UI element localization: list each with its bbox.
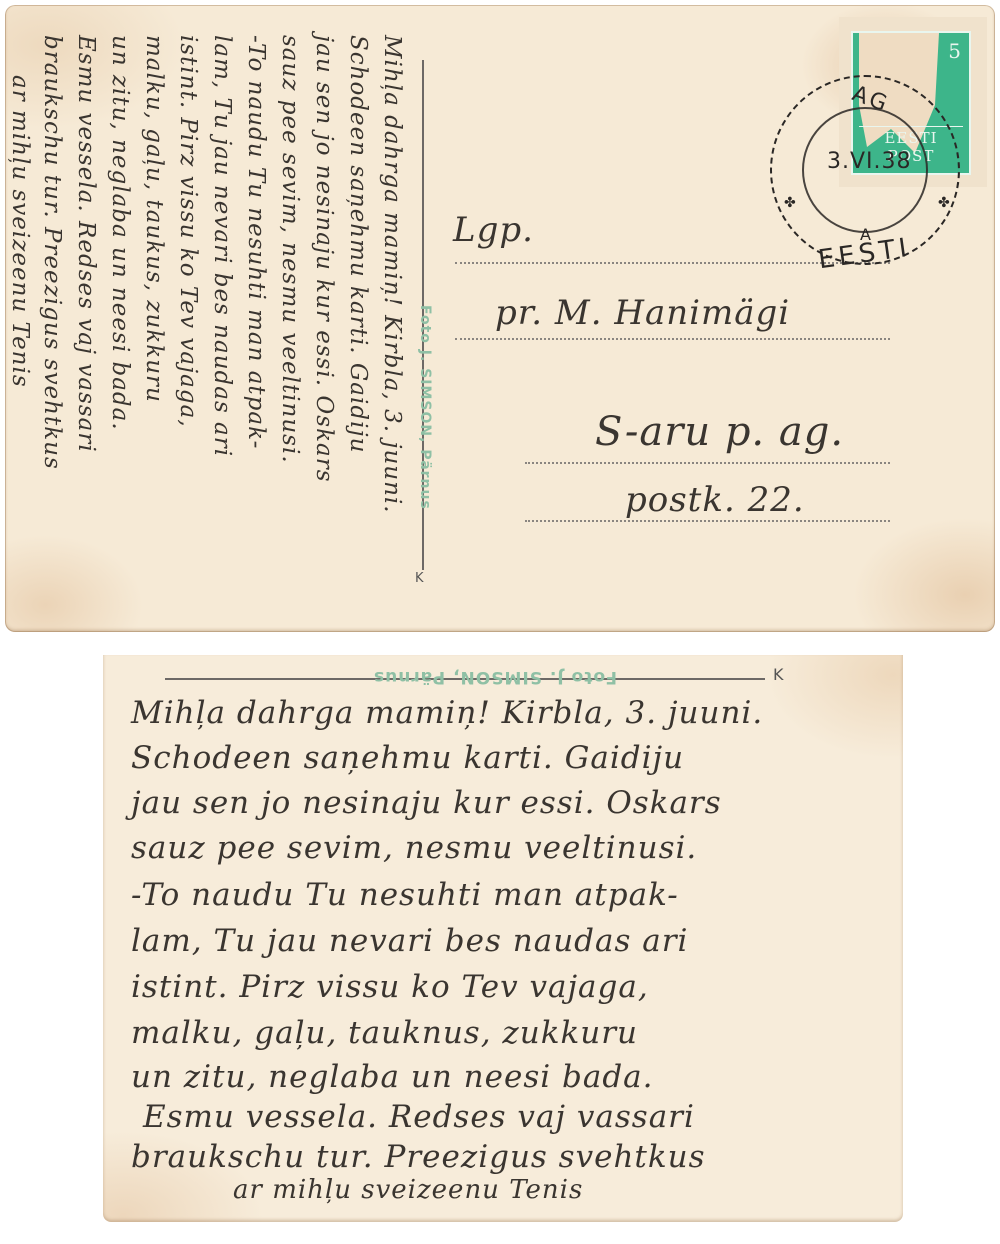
postmark-star-icon: ✤ (938, 195, 950, 211)
message-line: malku, gaļu, tauknus, zukkuru (131, 1015, 638, 1051)
photographer-imprint: Foto J. SIMSON, Pärnus (417, 305, 433, 510)
message-line: braukschu tur. Preezigus svehtkus (39, 35, 65, 470)
message-line: malku, gaļu, taukus, zukkuru (141, 35, 167, 403)
message-line: un zitu, neglaba un neesi bada. (107, 35, 133, 431)
postcard-message-detail: Foto J. SIMSON, Pärnus K Mihļa dahrga ma… (103, 655, 903, 1222)
postmark-date: 3.VI.38 (827, 149, 912, 174)
message-line: sauz pee sevim, nesmu veeltinusi. (277, 35, 303, 464)
address-town: S-aru p. ag. (595, 409, 844, 455)
postmark-cancellation: AG 3.VI.38 ✤ ✤ A EESTI (770, 75, 960, 265)
address-postbox: postk. 22. (625, 480, 805, 520)
message-line: jau sen jo nesinaju kur essi. Oskars (311, 35, 337, 483)
address-rule-2 (455, 338, 890, 340)
message-line: Mihļa dahrga mamiņ! Kirbla, 3. juuni. (131, 695, 763, 731)
message-line: jau sen jo nesinaju kur essi. Oskars (131, 785, 722, 821)
message-line: Schodeen saņehmu karti. Gaidiju (345, 35, 371, 453)
message-line: Mihļa dahrga mamiņ! Kirbla, 3. juuni. (379, 35, 405, 514)
address-rule-3 (525, 462, 890, 464)
photographer-imprint-inverted: Foto J. SIMSON, Pärnus (373, 667, 617, 687)
postmark-star-icon: ✤ (784, 195, 796, 211)
message-line: istint. Pirz vissu ko Tev vajaga, (131, 969, 649, 1005)
message-line: braukschu tur. Preezigus svehtkus (131, 1139, 706, 1175)
postmark-country: EESTI (816, 233, 912, 276)
address-recipient: pr. M. Hanimägi (495, 293, 790, 333)
message-line: sauz pee sevim, nesmu veeltinusi. (131, 830, 697, 866)
message-line: lam, Tu jau nevari bes naudas ari (209, 35, 235, 457)
postcard-back: Mihļa dahrga mamiņ! Kirbla, 3. juuni. Sc… (5, 5, 995, 632)
stamp-value: 5 (948, 39, 961, 63)
address-salutation: Lgp. (453, 210, 534, 250)
message-line: Esmu vessela. Redses vaj vassari (73, 35, 99, 453)
message-line: ar mihļu sveizeenu Tenis (7, 75, 33, 388)
message-line: ar mihļu sveizeenu Tenis (233, 1175, 583, 1205)
divider-mark: K (773, 665, 784, 684)
divider-mark: K (415, 571, 424, 586)
message-line: Esmu vessela. Redses vaj vassari (143, 1099, 695, 1135)
message-line: lam, Tu jau nevari bes naudas ari (131, 923, 688, 959)
message-line: -To naudu Tu nesuhti man atpak- (131, 877, 679, 913)
message-line: istint. Pirz vissu ko Tev vajaga, (175, 35, 201, 428)
message-line: un zitu, neglaba un neesi bada. (131, 1059, 654, 1095)
address-rule-4 (525, 520, 890, 522)
handwritten-message-rotated: Mihļa dahrga mamiņ! Kirbla, 3. juuni. Sc… (5, 15, 405, 632)
message-line: Schodeen saņehmu karti. Gaidiju (131, 740, 684, 776)
message-line: -To naudu Tu nesuhti man atpak- (243, 35, 269, 449)
